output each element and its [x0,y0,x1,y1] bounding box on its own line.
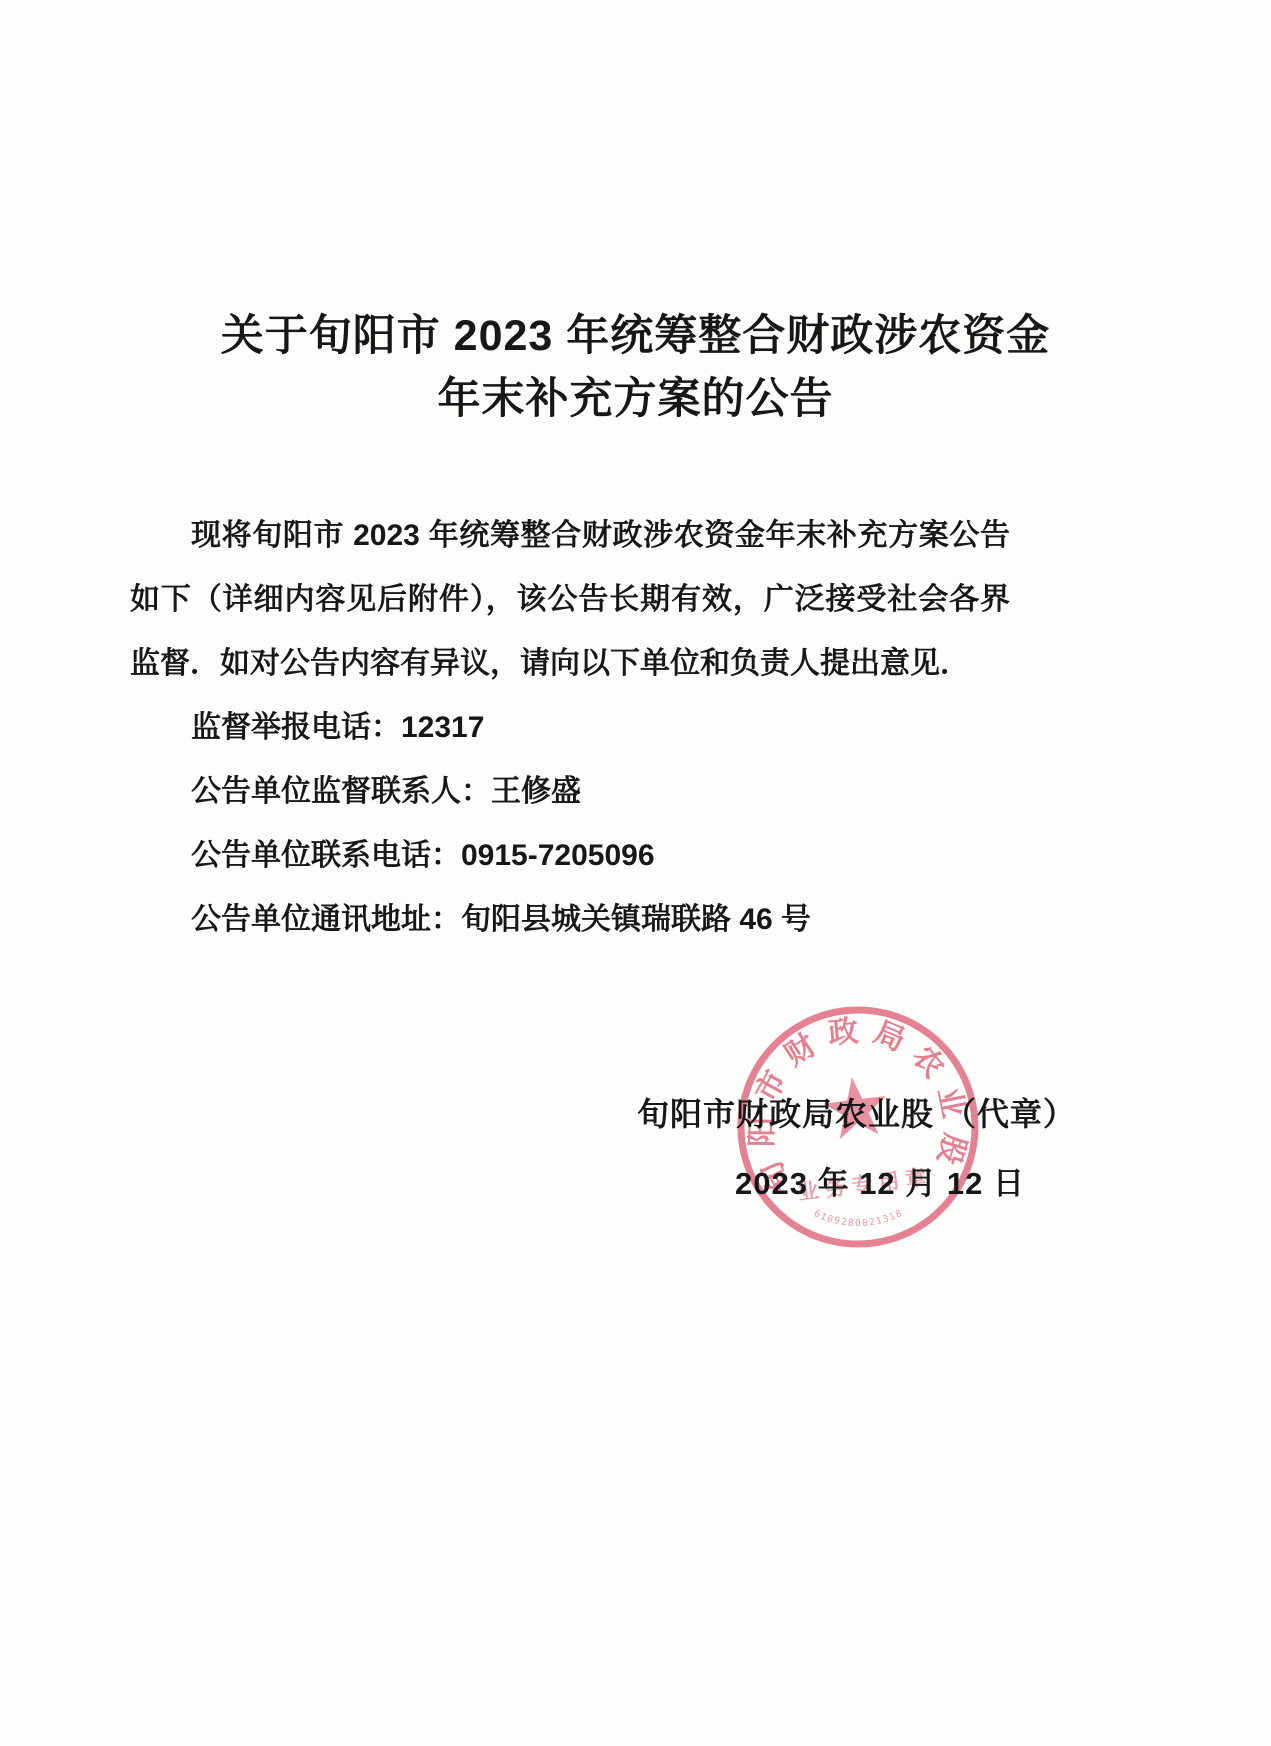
issuer-signature: 旬阳市财政局农业股 （代章） [637,1082,1076,1146]
document-title: 关于旬阳市 2023 年统筹整合财政涉农资金 年末补充方案的公告 [0,305,1271,431]
paragraph-line-3: 监督．如对公告内容有异议，请向以下单位和负责人提出意见． [130,632,1010,696]
title-line-1: 关于旬阳市 2023 年统筹整合财政涉农资金 [0,305,1271,368]
scanned-document-page: 关于旬阳市 2023 年统筹整合财政涉农资金 年末补充方案的公告 现将旬阳市 2… [0,0,1271,1746]
title-line-2: 年末补充方案的公告 [0,368,1271,431]
contact-supervisor: 公告单位监督联系人：王修盛 [130,760,1010,824]
contact-hotline: 监督举报电话：12317 [130,696,1010,760]
contact-phone: 公告单位联系电话：0915-7205096 [130,824,1010,888]
issue-date: 2023 年 12 月 12 日 [735,1152,1025,1216]
document-body: 现将旬阳市 2023 年统筹整合财政涉农资金年末补充方案公告 如下（详细内容见后… [130,504,1010,952]
contact-address: 公告单位通讯地址：旬阳县城关镇瑞联路 46 号 [130,888,1010,952]
paragraph-line-2: 如下（详细内容见后附件），该公告长期有效，广泛接受社会各界 [130,568,1010,632]
paragraph-line-1: 现将旬阳市 2023 年统筹整合财政涉农资金年末补充方案公告 [130,504,1010,568]
